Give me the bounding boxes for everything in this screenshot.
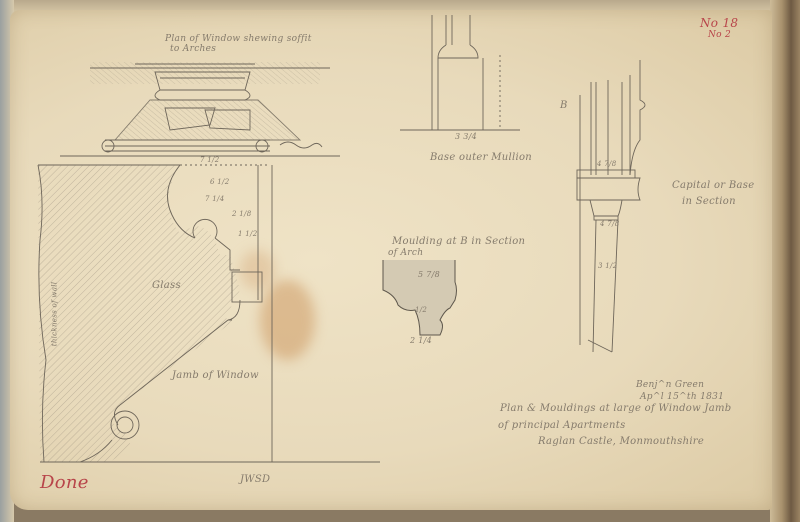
capital-dimension: 4 7/8 — [597, 160, 616, 168]
jamb-dimension: 6 1/2 — [210, 178, 229, 186]
capital-caption-line2: in Section — [682, 196, 736, 207]
footer-line3: Raglan Castle, Monmouthshire — [538, 436, 704, 447]
jamb-plan — [38, 165, 380, 462]
catalog-number: No 18 — [700, 16, 738, 30]
capital-dimension: 3 1/2 — [598, 262, 617, 270]
jamb-label: Jamb of Window — [172, 370, 259, 381]
initials-mark: JWSD — [240, 474, 270, 485]
drawing-date: Ap^l 15^th 1831 — [640, 392, 724, 402]
soffit-plan — [60, 62, 340, 156]
soffit-caption-line2: to Arches — [170, 44, 216, 54]
capital-dimension: 4 7/8 — [600, 220, 619, 228]
mullion-caption: Base outer Mullion — [430, 152, 532, 163]
wall-thickness-label: thickness of wall — [50, 282, 58, 347]
moulding-dimension: 1/2 — [415, 306, 427, 314]
moulding-caption-line1: Moulding at B in Section — [392, 236, 525, 247]
capital-label-b: B — [560, 100, 568, 111]
jamb-dimension: 7 1/4 — [205, 195, 224, 203]
sketchbook-page: No 18 No 2 Plan of Window shewing soffit… — [0, 0, 800, 522]
jamb-dimension: 2 1/8 — [232, 210, 251, 218]
moulding-caption-line2: of Arch — [388, 248, 423, 258]
jamb-dimension: 7 1/2 — [200, 156, 219, 164]
jamb-dimension: 1 1/2 — [238, 230, 257, 238]
soffit-caption-line1: Plan of Window shewing soffit — [165, 34, 312, 44]
author-name: Benj^n Green — [636, 380, 704, 390]
catalog-sub-number: No 2 — [708, 30, 731, 40]
mullion-dimension: 3 3/4 — [455, 132, 477, 141]
footer-line1: Plan & Mouldings at large of Window Jamb — [500, 403, 732, 414]
base-mullion — [400, 15, 520, 130]
done-mark: Done — [40, 472, 89, 493]
footer-line2: of principal Apartments — [498, 420, 626, 431]
moulding-dimension: 2 1/4 — [410, 336, 432, 345]
glass-label: Glass — [152, 280, 181, 291]
moulding-dimension: 5 7/8 — [418, 270, 440, 279]
capital-caption-line1: Capital or Base — [672, 180, 754, 191]
capital-section — [577, 60, 645, 352]
